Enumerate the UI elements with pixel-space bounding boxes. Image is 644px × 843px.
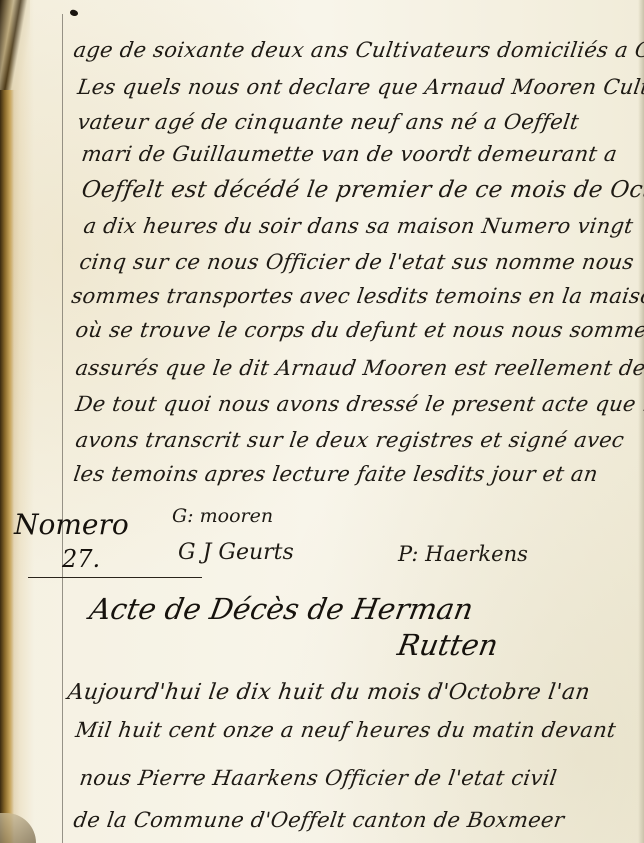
right-page-edge xyxy=(638,0,644,843)
text-line: assurés que le dit Arnaud Mooren est ree… xyxy=(74,356,644,380)
ink-blot xyxy=(69,8,79,17)
page-edge-threads xyxy=(0,0,30,90)
record-heading: Acte de Décès de Herman xyxy=(87,592,476,626)
separator-rule xyxy=(28,577,202,578)
text-line: Mil huit cent onze a neuf heures du mati… xyxy=(74,718,618,742)
margin-rule xyxy=(62,14,63,843)
signature-haerkens: P: Haerkens xyxy=(398,542,528,566)
signature-geurts: G J Geurts xyxy=(178,540,294,565)
text-line: mari de Guillaumette van de voordt demeu… xyxy=(80,142,619,166)
text-line: Aujourd'hui le dix huit du mois d'Octobr… xyxy=(66,680,592,705)
text-line: age de soixante deux ans Cultivateurs do… xyxy=(72,38,644,62)
record-heading-surname: Rutten xyxy=(395,628,501,662)
text-line: les temoins apres lecture faite lesdits … xyxy=(72,462,599,486)
text-line: Les quels nous ont declare que Arnaud Mo… xyxy=(76,75,644,99)
signature-mooren: G: mooren xyxy=(172,505,273,527)
text-line: De tout quoi nous avons dressé le presen… xyxy=(74,392,644,416)
text-line: vateur agé de cinquante neuf ans né a Oe… xyxy=(76,110,581,134)
text-line: de la Commune d'Oeffelt canton de Boxmee… xyxy=(72,808,566,832)
margin-label: Nomero xyxy=(14,508,129,541)
text-line: a dix heures du soir dans sa maison Nume… xyxy=(82,214,635,238)
document-page: age de soixante deux ans Cultivateurs do… xyxy=(0,0,644,843)
text-line: cinq sur ce nous Officier de l'etat sus … xyxy=(78,250,635,274)
text-line: où se trouve le corps du defunt et nous … xyxy=(74,318,644,342)
text-line: sommes transportes avec lesdits temoins … xyxy=(70,284,644,308)
text-line: Oeffelt est décédé le premier de ce mois… xyxy=(80,177,644,203)
text-line: avons transcrit sur le deux registres et… xyxy=(74,428,626,452)
text-line: nous Pierre Haarkens Officier de l'etat … xyxy=(78,766,558,790)
record-number: 27. xyxy=(62,545,100,573)
binding-edge xyxy=(0,0,14,843)
